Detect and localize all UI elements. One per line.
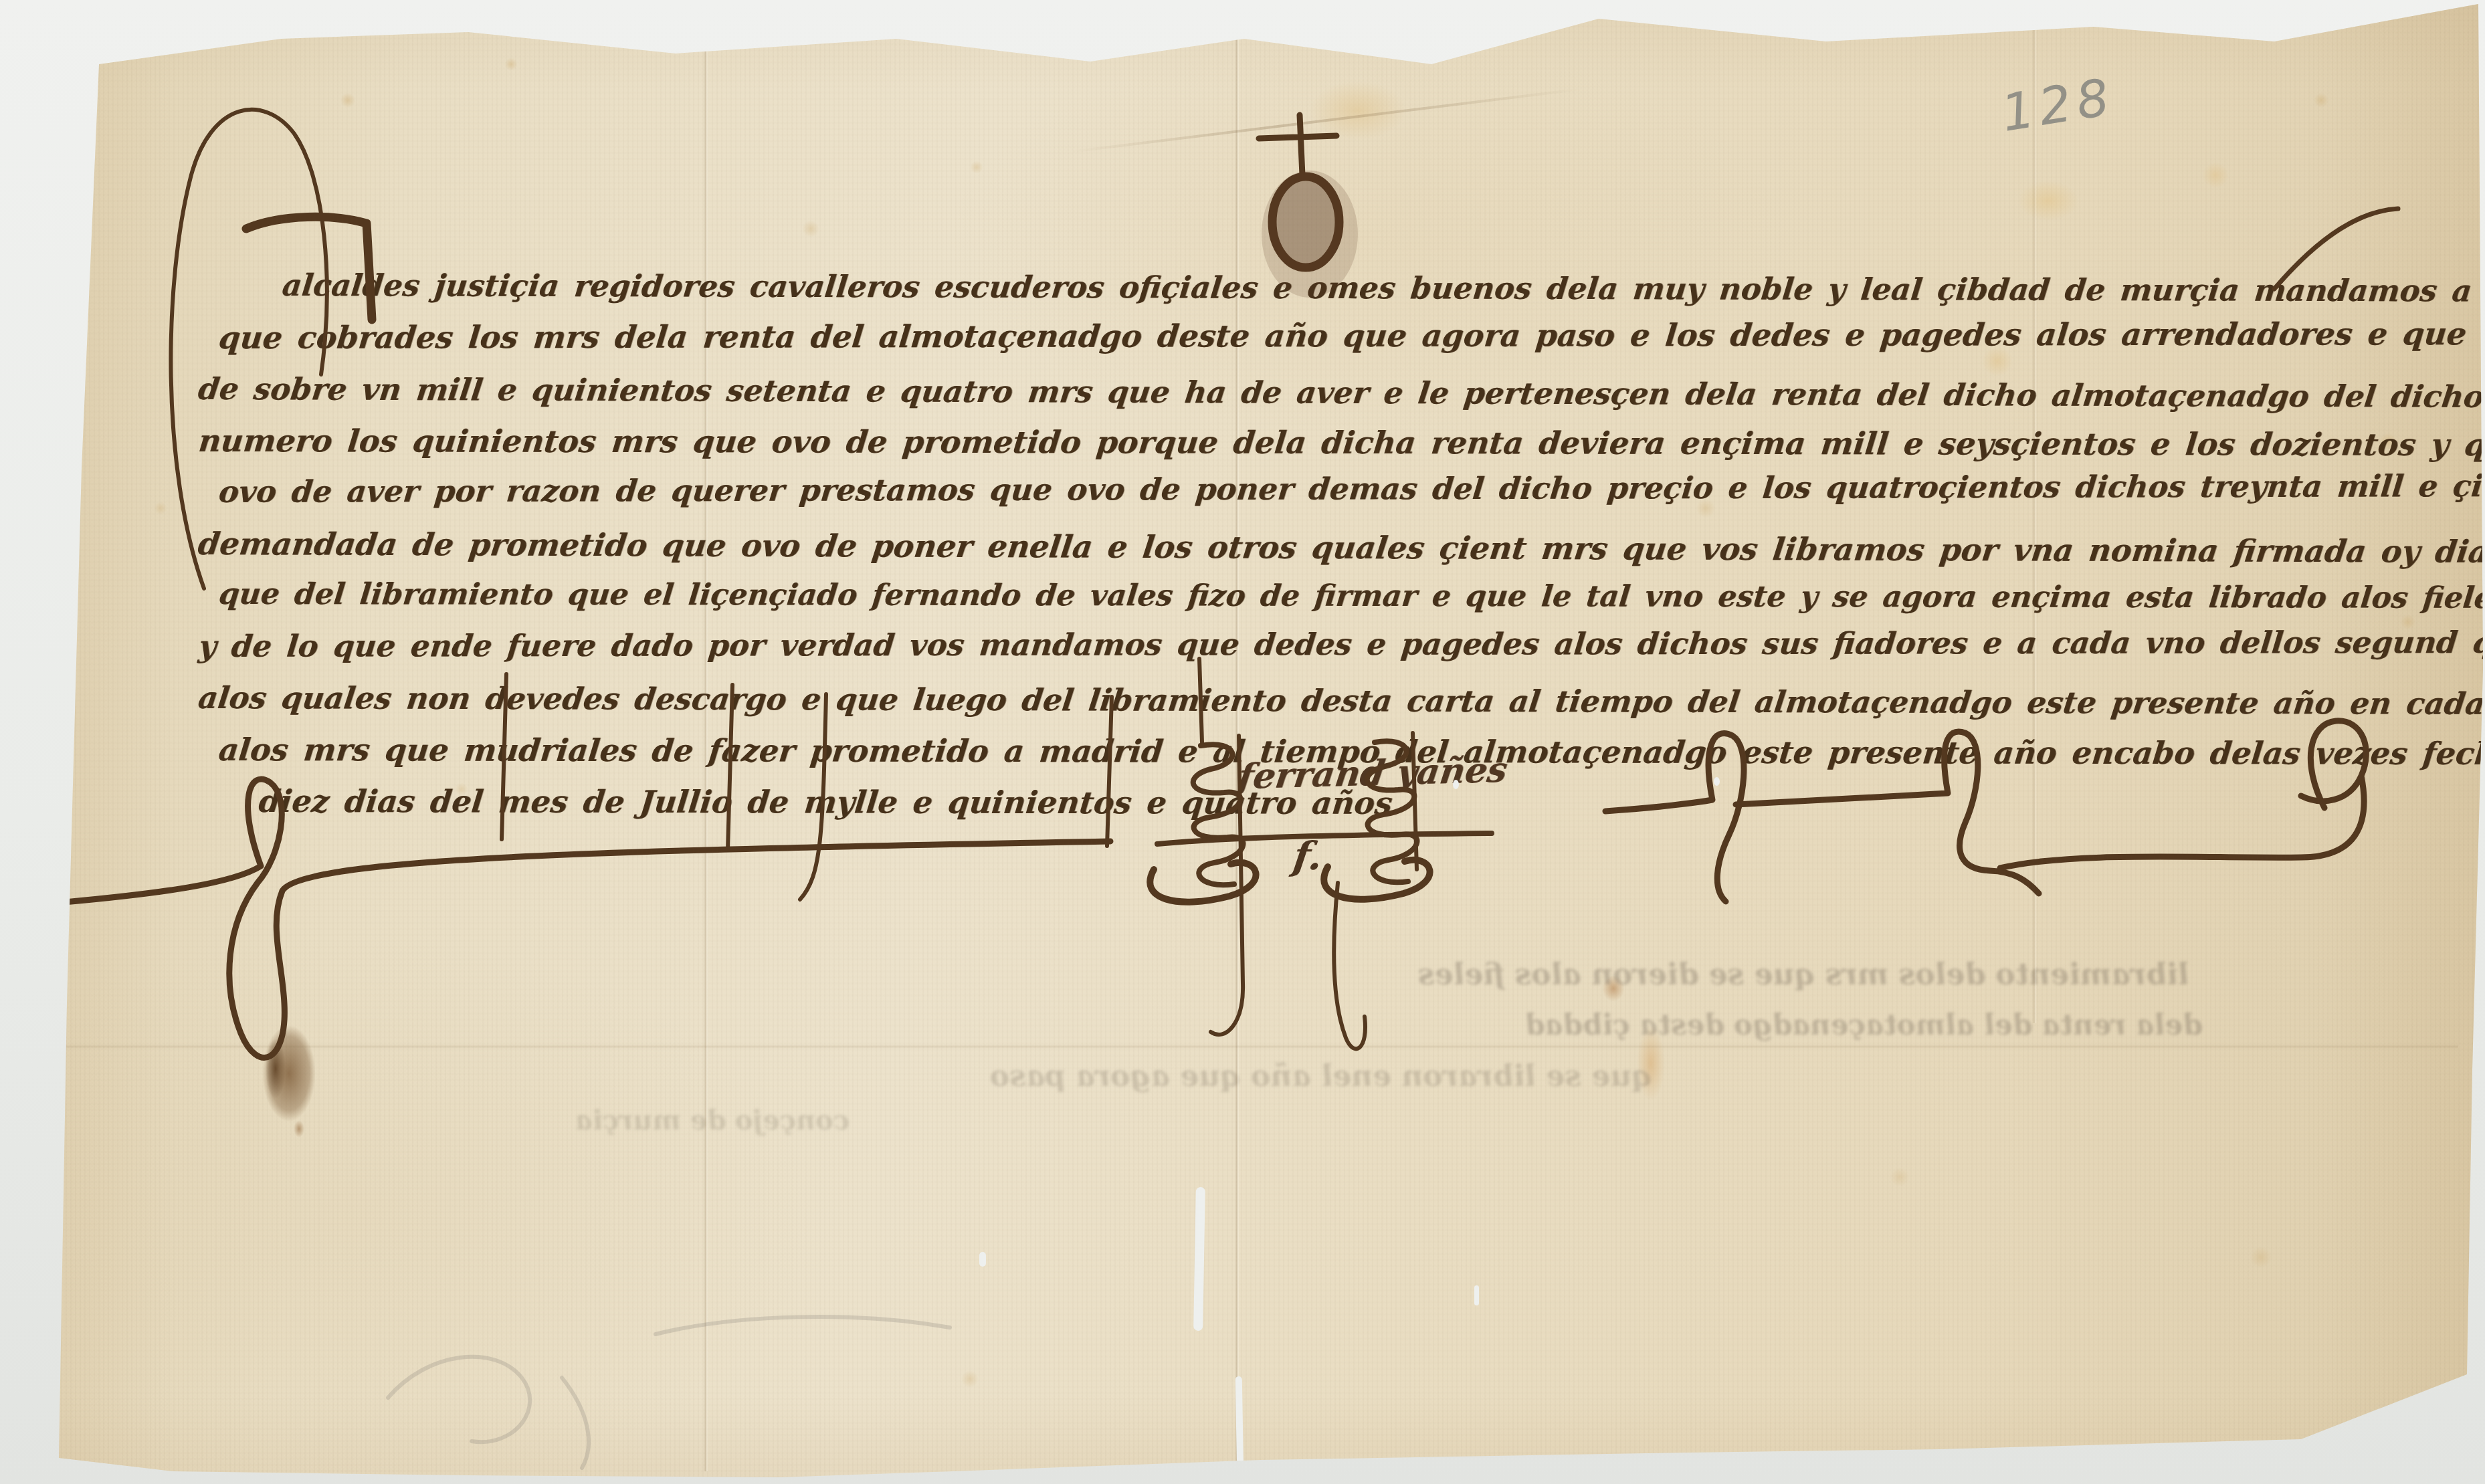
paper-sheet: libramiento delos mrs que se dieron alos…: [0, 0, 2485, 1484]
show-through-line: que se libraron enel año que agora paso: [988, 1059, 1654, 1093]
manuscript-line: alos quales non devedes descargo e que l…: [196, 680, 2485, 722]
manuscript-line: numero los quinientos mrs que ovo de pro…: [197, 423, 2485, 463]
vertical-fold-crease: [2032, 20, 2037, 1023]
manuscript-line: alcaldes justiçia regidores cavalleros e…: [280, 268, 2485, 309]
show-through-line: libramiento delos mrs que se dieron alos…: [1416, 958, 2191, 992]
show-through-line: conçejo de murçia: [574, 1105, 852, 1136]
signature-name: ferrand yañes: [1235, 750, 1510, 797]
scan-canvas: libramiento delos mrs que se dieron alos…: [0, 0, 2485, 1484]
tear-slit: [979, 1252, 986, 1267]
manuscript-line: que cobrades los mrs dela renta del almo…: [217, 315, 2485, 356]
manuscript-line: ovo de aver por razon de querer prestamo…: [217, 467, 2485, 510]
paper-fleck: [1714, 777, 1720, 786]
horizontal-fold-crease: [64, 1045, 2458, 1049]
manuscript-line: que del libramiento que el liçençiado fe…: [217, 577, 2485, 616]
manuscript-dateline: diez dias del mes de Jullio de mylle e q…: [257, 783, 1394, 821]
paper-fleck: [1453, 780, 1459, 789]
manuscript-line: y de lo que ende fuere dado por verdad v…: [197, 624, 2485, 664]
show-through-line: dela renta del almotaçenadgo desta çibda…: [1523, 1009, 2204, 1041]
tear-slit: [1474, 1285, 1479, 1305]
